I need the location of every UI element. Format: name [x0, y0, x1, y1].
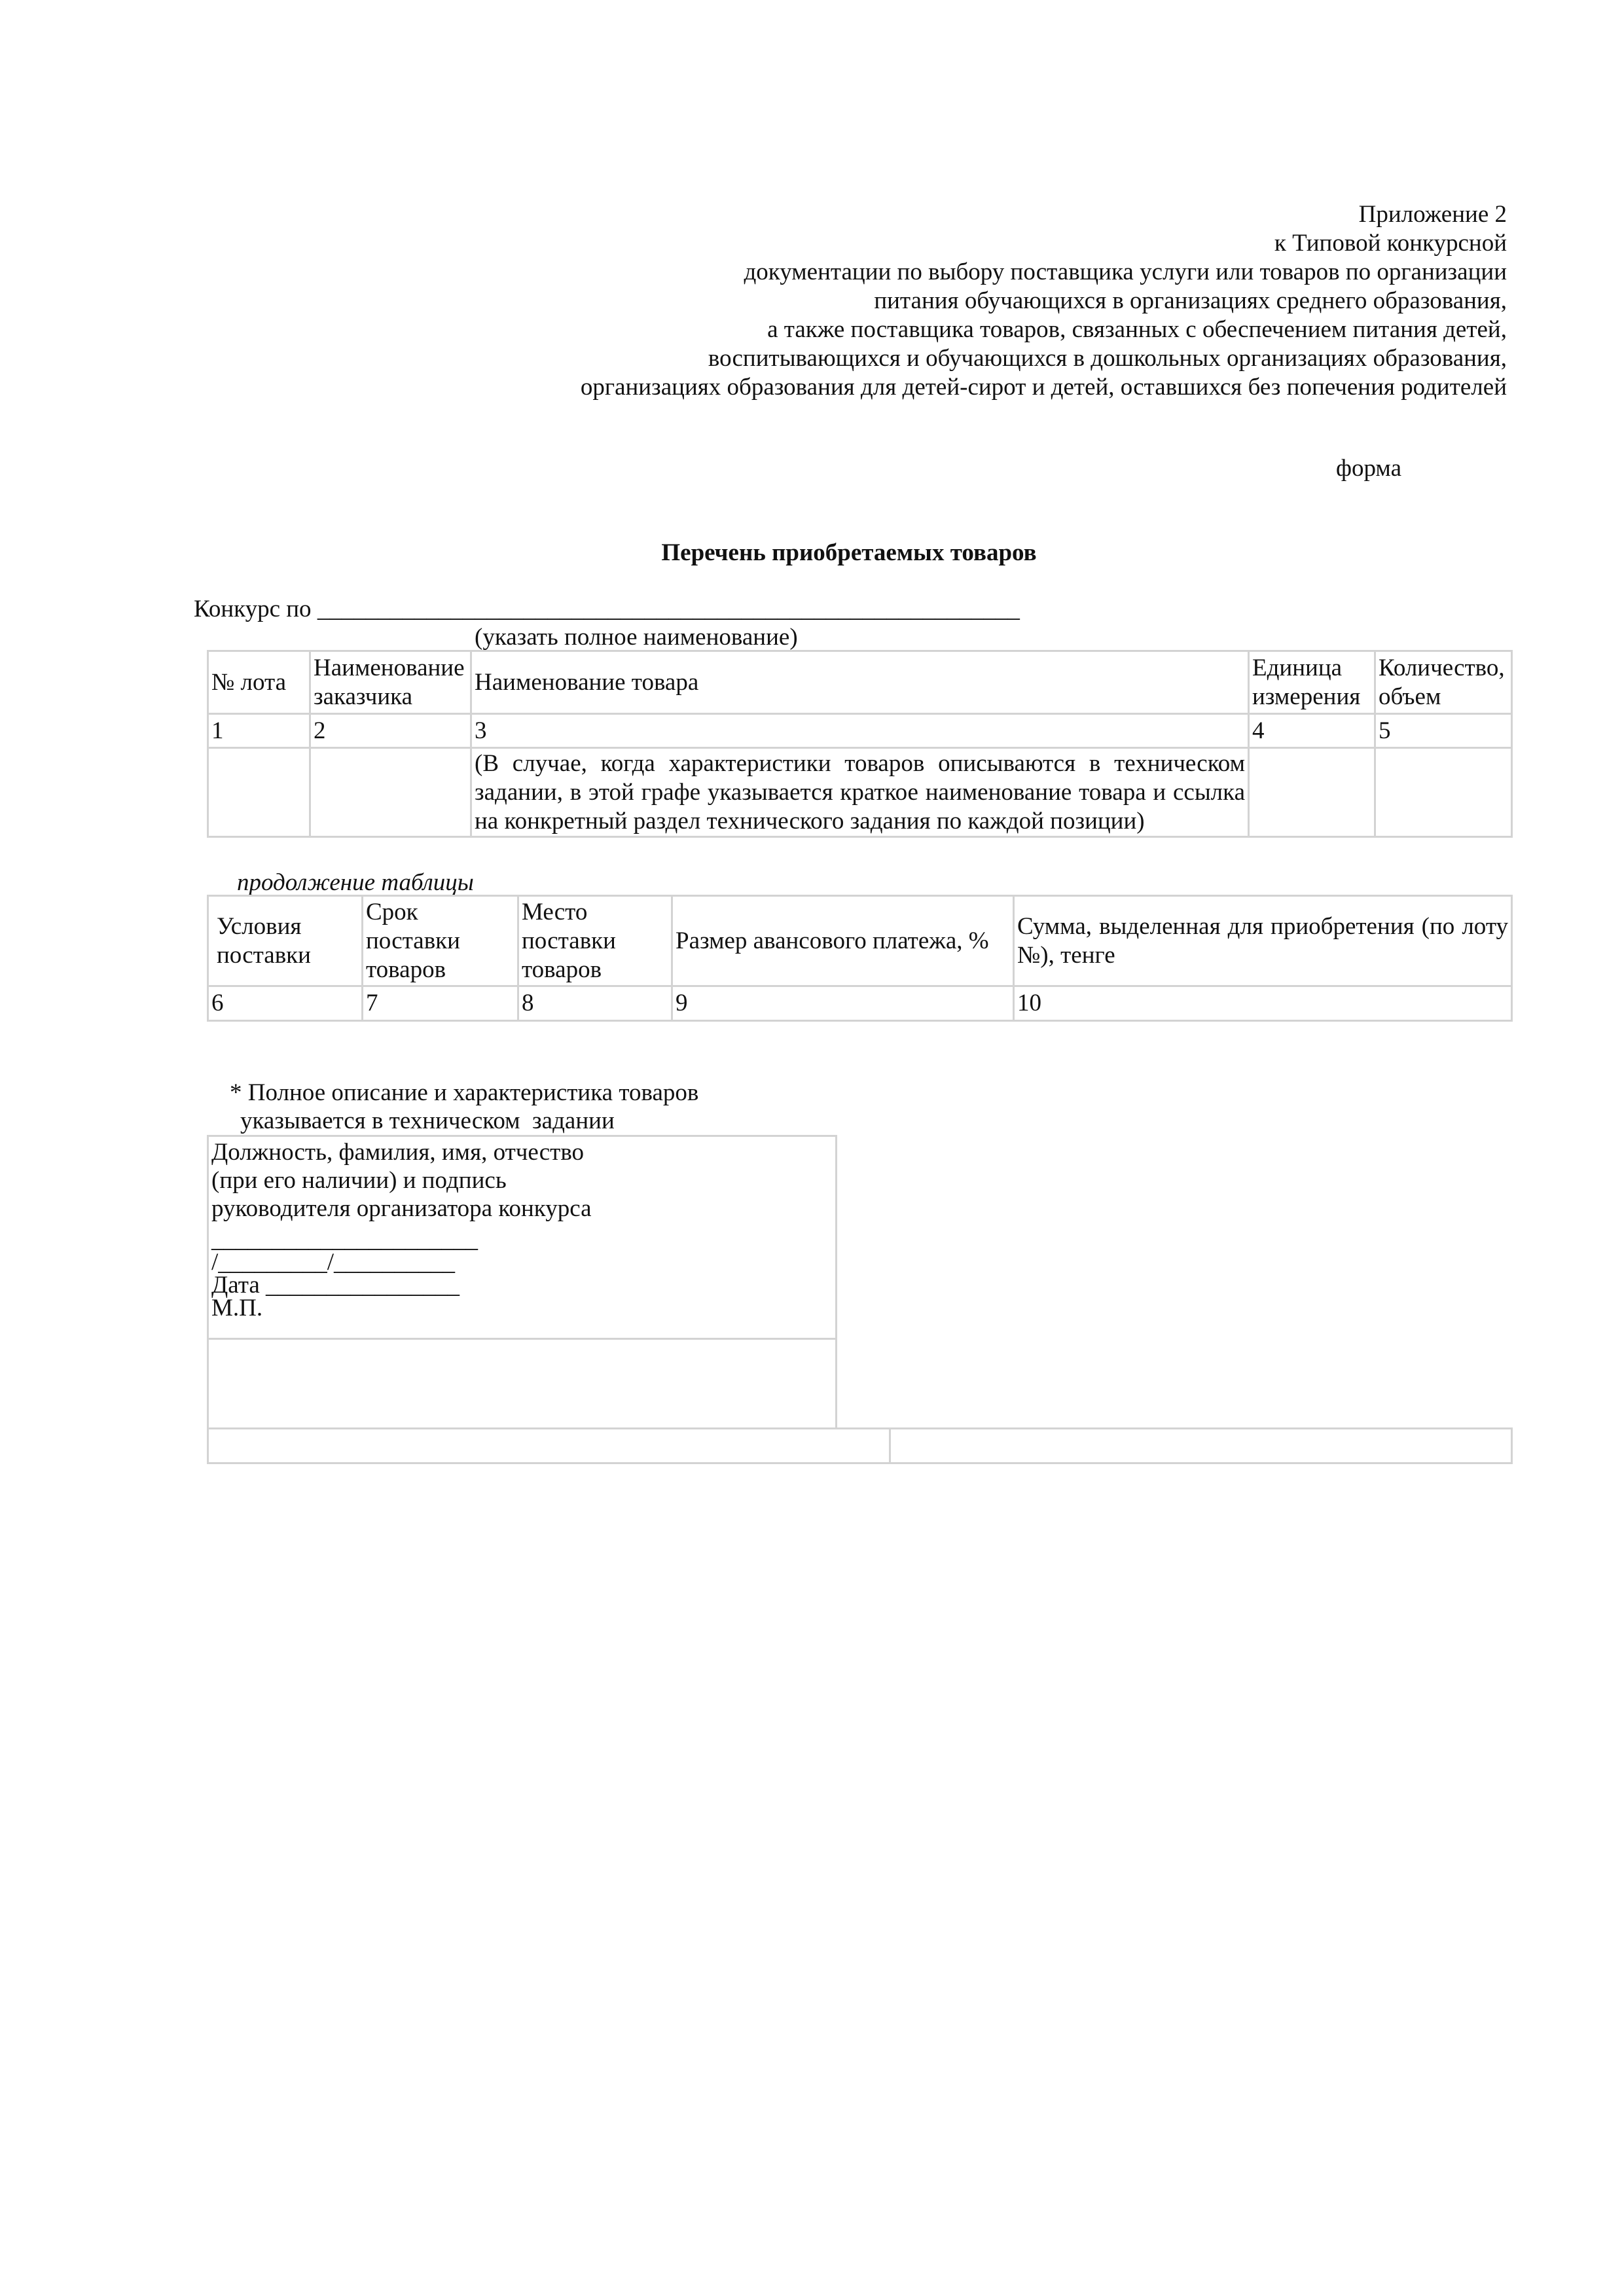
number-cell: 10: [1014, 986, 1512, 1021]
form-label: форма: [1336, 456, 1401, 480]
table-number-row: 1 2 3 4 5: [208, 714, 1512, 748]
signature-caption: руководителя организатора конкурса: [211, 1194, 833, 1223]
header-cell-unit: Единица измерения: [1249, 651, 1375, 714]
signature-block: Должность, фамилия, имя, отчество (при е…: [207, 1135, 837, 1429]
number-cell: 6: [208, 986, 363, 1021]
table-header-row: Условия поставки Срок поставки товаров М…: [208, 896, 1512, 986]
number-cell: 3: [471, 714, 1249, 748]
header-line: организациях образования для детей-сирот…: [581, 373, 1507, 402]
number-cell: 1: [208, 714, 310, 748]
number-cell: 7: [363, 986, 518, 1021]
empty-cell: [890, 1429, 1512, 1463]
header-line: Приложение 2: [581, 200, 1507, 229]
signature-caption: Должность, фамилия, имя, отчество: [211, 1138, 833, 1166]
empty-cell: [208, 1429, 890, 1463]
unit-cell[interactable]: [1249, 748, 1375, 837]
goods-table: № лота Наименование заказчика Наименован…: [207, 650, 1513, 838]
number-cell: 5: [1375, 714, 1512, 748]
table-continuation-label: продолжение таблицы: [237, 870, 474, 895]
empty-cell: [208, 1339, 837, 1429]
header-cell-customer: Наименование заказчика: [310, 651, 471, 714]
number-cell: 4: [1249, 714, 1375, 748]
goods-note-cell[interactable]: (В случае, когда характеристики товаров …: [471, 748, 1249, 837]
table-header-row: № лота Наименование заказчика Наименован…: [208, 651, 1512, 714]
name-field[interactable]: /_________/__________: [211, 1251, 833, 1274]
table-number-row: 6 7 8 9 10: [208, 986, 1512, 1021]
quantity-cell[interactable]: [1375, 748, 1512, 837]
header-cell-quantity: Количество, объем: [1375, 651, 1512, 714]
signature-field[interactable]: ______________________: [211, 1228, 833, 1251]
date-field[interactable]: Дата ________________: [211, 1274, 833, 1297]
header-cell-delivery-place: Место поставки товаров: [518, 896, 672, 986]
header-cell-lot: № лота: [208, 651, 310, 714]
header-line: к Типовой конкурсной: [581, 229, 1507, 258]
header-cell-delivery-period: Срок поставки товаров: [363, 896, 518, 986]
contest-line: Конкурс по _____________________________…: [194, 597, 1020, 621]
header-cell-amount: Сумма, выделенная для приобретения (по л…: [1014, 896, 1512, 986]
header-line: документации по выбору поставщика услуги…: [581, 258, 1507, 287]
footnote-line: * Полное описание и характеристика товар…: [230, 1081, 698, 1105]
header-cell-advance-payment: Размер авансового платежа, %: [672, 896, 1014, 986]
contest-label: Конкурс по: [194, 596, 312, 622]
header-line: воспитывающихся и обучающихся в дошкольн…: [581, 344, 1507, 373]
header-line: а также поставщика товаров, связанных с …: [581, 315, 1507, 344]
signature-caption: (при его наличии) и подпись: [211, 1166, 833, 1194]
stamp-label: М.П.: [211, 1297, 833, 1319]
customer-cell[interactable]: [310, 748, 471, 837]
number-cell: 2: [310, 714, 471, 748]
number-cell: 9: [672, 986, 1014, 1021]
contest-name-field[interactable]: ________________________________________…: [317, 596, 1020, 622]
header-cell-delivery-terms: Условия поставки: [208, 896, 363, 986]
table-row: (В случае, когда характеристики товаров …: [208, 748, 1512, 837]
appendix-header: Приложение 2 к Типовой конкурсной докуме…: [581, 200, 1507, 402]
contest-hint: (указать полное наименование): [475, 625, 798, 649]
bottom-row-table: [207, 1427, 1513, 1464]
header-line: питания обучающихся в организациях средн…: [581, 287, 1507, 315]
number-cell: 8: [518, 986, 672, 1021]
footnote-line: указывается в техническом задании: [240, 1109, 615, 1133]
goods-table-continuation: Условия поставки Срок поставки товаров М…: [207, 895, 1513, 1022]
lot-cell[interactable]: [208, 748, 310, 837]
signature-cell: Должность, фамилия, имя, отчество (при е…: [208, 1136, 837, 1339]
page-title: Перечень приобретаемых товаров: [0, 541, 1624, 565]
header-cell-goods: Наименование товара: [471, 651, 1249, 714]
